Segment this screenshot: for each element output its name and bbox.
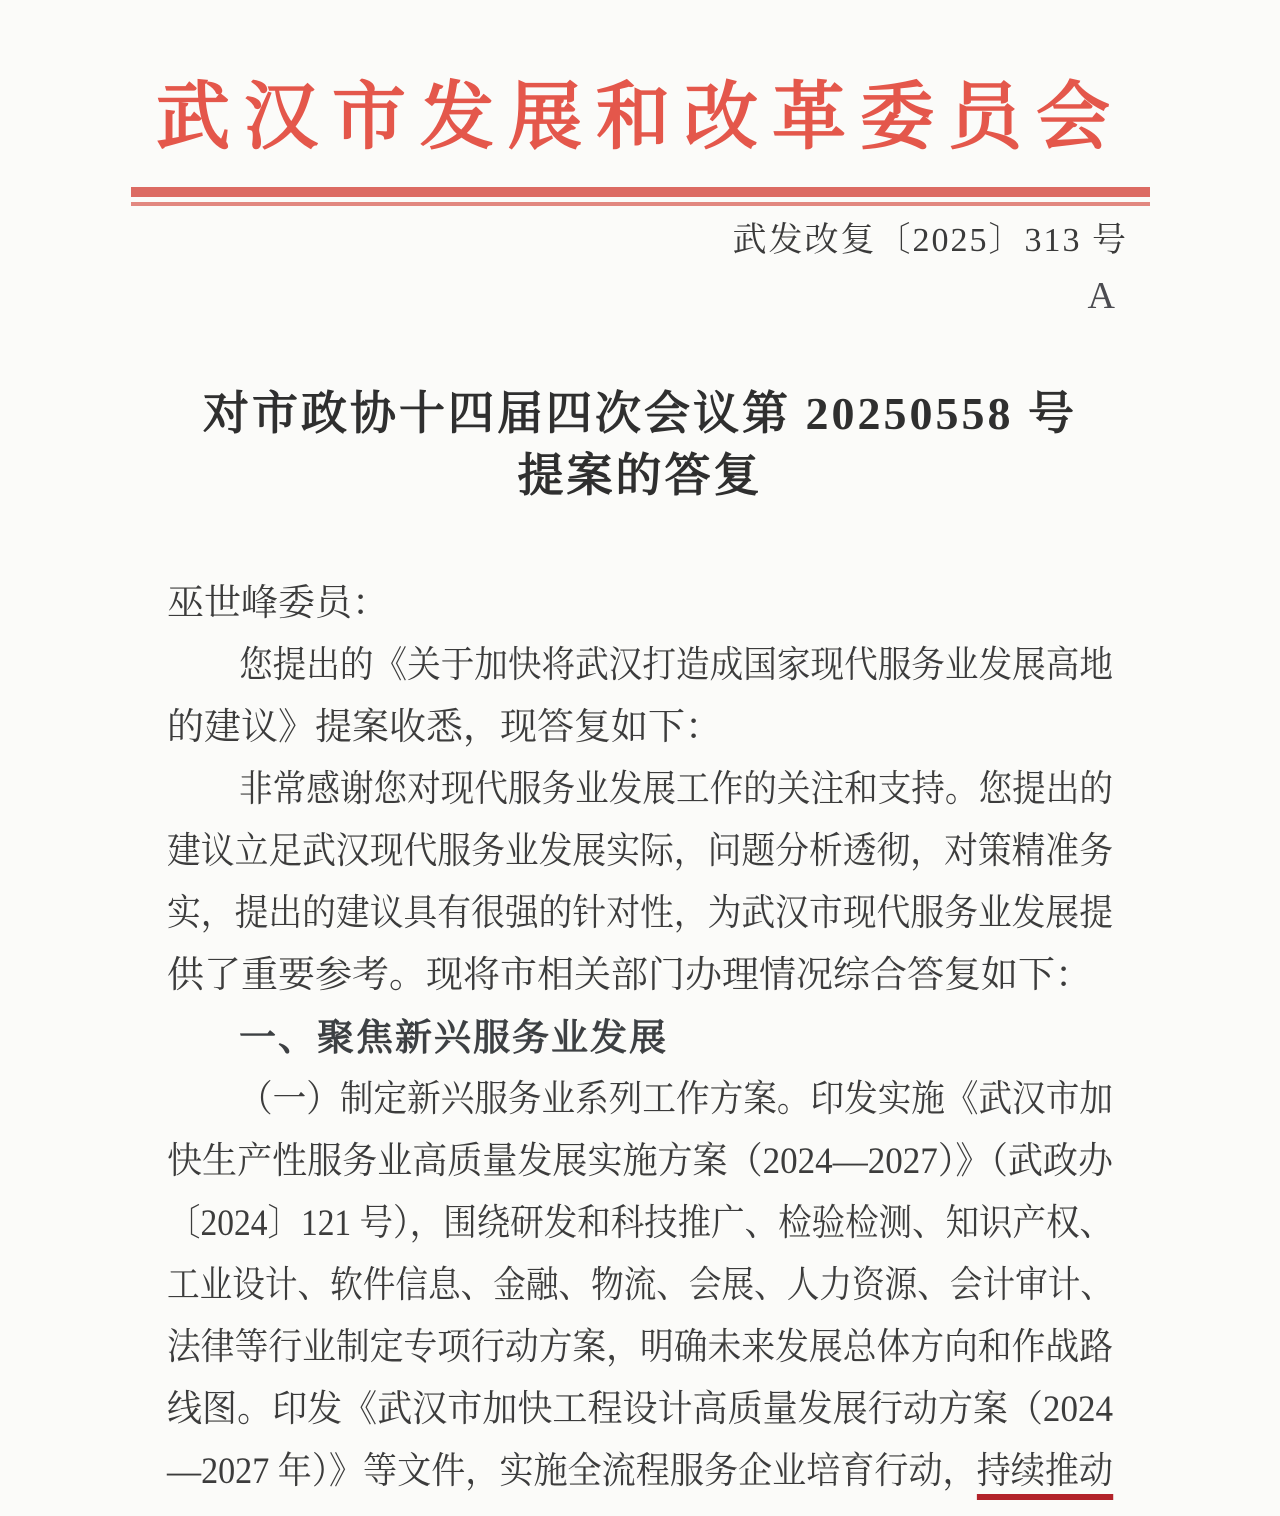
body-line: 巫世峰委员： — [167, 573, 1113, 635]
body-line-text: —2027 年）》等文件，实施全流程服务企业培育行动，持续推动 — [167, 1441, 1113, 1503]
body-line-text: 快生产性服务业高质量发展实施方案（2024—2027）》（武政办 — [167, 1131, 1113, 1193]
body-line: 非常感谢您对现代服务业发展工作的关注和支持。您提出的 — [167, 759, 1113, 821]
body-line-text: 供了重要参考。现将市相关部门办理情况综合答复如下： — [167, 945, 1092, 1007]
body-line-text: 的建议》提案收悉，现答复如下： — [167, 697, 722, 759]
body-line: 〔2024〕121 号），围绕研发和科技推广、检验检测、知识产权、 — [167, 1193, 1113, 1255]
body-line-text: 工业设计、软件信息、金融、物流、会展、人力资源、会计审计、 — [167, 1255, 1113, 1317]
body-line: 法律等行业制定专项行动方案，明确未来发展总体方向和作战路 — [167, 1317, 1113, 1379]
letterhead-divider-rule — [131, 187, 1150, 206]
body-line-text: 建议立足武汉现代服务业发展实际，问题分析透彻，对策精准务 — [167, 821, 1113, 883]
body-line: 建议立足武汉现代服务业发展实际，问题分析透彻，对策精准务 — [167, 821, 1113, 883]
body-line-text: （一）制定新兴服务业系列工作方案。印发实施《武汉市加 — [239, 1069, 1113, 1131]
body-line: 您提出的《关于加快将武汉打造成国家现代服务业发展高地 — [167, 635, 1113, 697]
body-line: 供了重要参考。现将市相关部门办理情况综合答复如下： — [167, 945, 1113, 1007]
body-line-text: 法律等行业制定专项行动方案，明确未来发展总体方向和作战路 — [167, 1317, 1113, 1379]
body-line: 的建议》提案收悉，现答复如下： — [167, 697, 1113, 759]
document-title: 对市政协十四届四次会议第 20250558 号 提案的答复 — [0, 383, 1280, 507]
registry-mark: A — [1088, 274, 1115, 318]
official-letter-page: 武汉市发展和改革委员会 武发改复〔2025〕313 号 A 对市政协十四届四次会… — [0, 0, 1280, 1516]
body-line: 快生产性服务业高质量发展实施方案（2024—2027）》（武政办 — [167, 1131, 1113, 1193]
red-underlined-phrase: 持续推动 — [977, 1451, 1113, 1500]
body-line-text: 实，提出的建议具有很强的针对性，为武汉市现代服务业发展提 — [167, 883, 1113, 945]
body-line-text: 非常感谢您对现代服务业发展工作的关注和支持。您提出的 — [239, 759, 1113, 821]
document-title-line1: 对市政协十四届四次会议第 20250558 号 — [0, 383, 1280, 445]
document-title-line2: 提案的答复 — [0, 445, 1280, 507]
body-line: —2027 年）》等文件，实施全流程服务企业培育行动，持续推动 — [167, 1441, 1113, 1503]
body-line-text: 您提出的《关于加快将武汉打造成国家现代服务业发展高地 — [239, 635, 1113, 697]
body-line: 一、聚焦新兴服务业发展 — [167, 1007, 1113, 1069]
body-line-text: 〔2024〕121 号），围绕研发和科技推广、检验检测、知识产权、 — [167, 1193, 1113, 1255]
body-line: 工业设计、软件信息、金融、物流、会展、人力资源、会计审计、 — [167, 1255, 1113, 1317]
body-line-text: 巫世峰委员： — [167, 573, 389, 635]
body-line-text: 一、聚焦新兴服务业发展 — [239, 1007, 668, 1069]
letter-body: 巫世峰委员：您提出的《关于加快将武汉打造成国家现代服务业发展高地的建议》提案收悉… — [167, 573, 1113, 1503]
document-reference-number: 武发改复〔2025〕313 号 — [733, 219, 1129, 263]
body-line-text: 线图。印发《武汉市加快工程设计高质量发展行动方案（2024 — [167, 1379, 1113, 1441]
body-line: 实，提出的建议具有很强的针对性，为武汉市现代服务业发展提 — [167, 883, 1113, 945]
agency-letterhead-title: 武汉市发展和改革委员会 — [0, 74, 1280, 162]
body-line: 线图。印发《武汉市加快工程设计高质量发展行动方案（2024 — [167, 1379, 1113, 1441]
body-line: （一）制定新兴服务业系列工作方案。印发实施《武汉市加 — [167, 1069, 1113, 1131]
